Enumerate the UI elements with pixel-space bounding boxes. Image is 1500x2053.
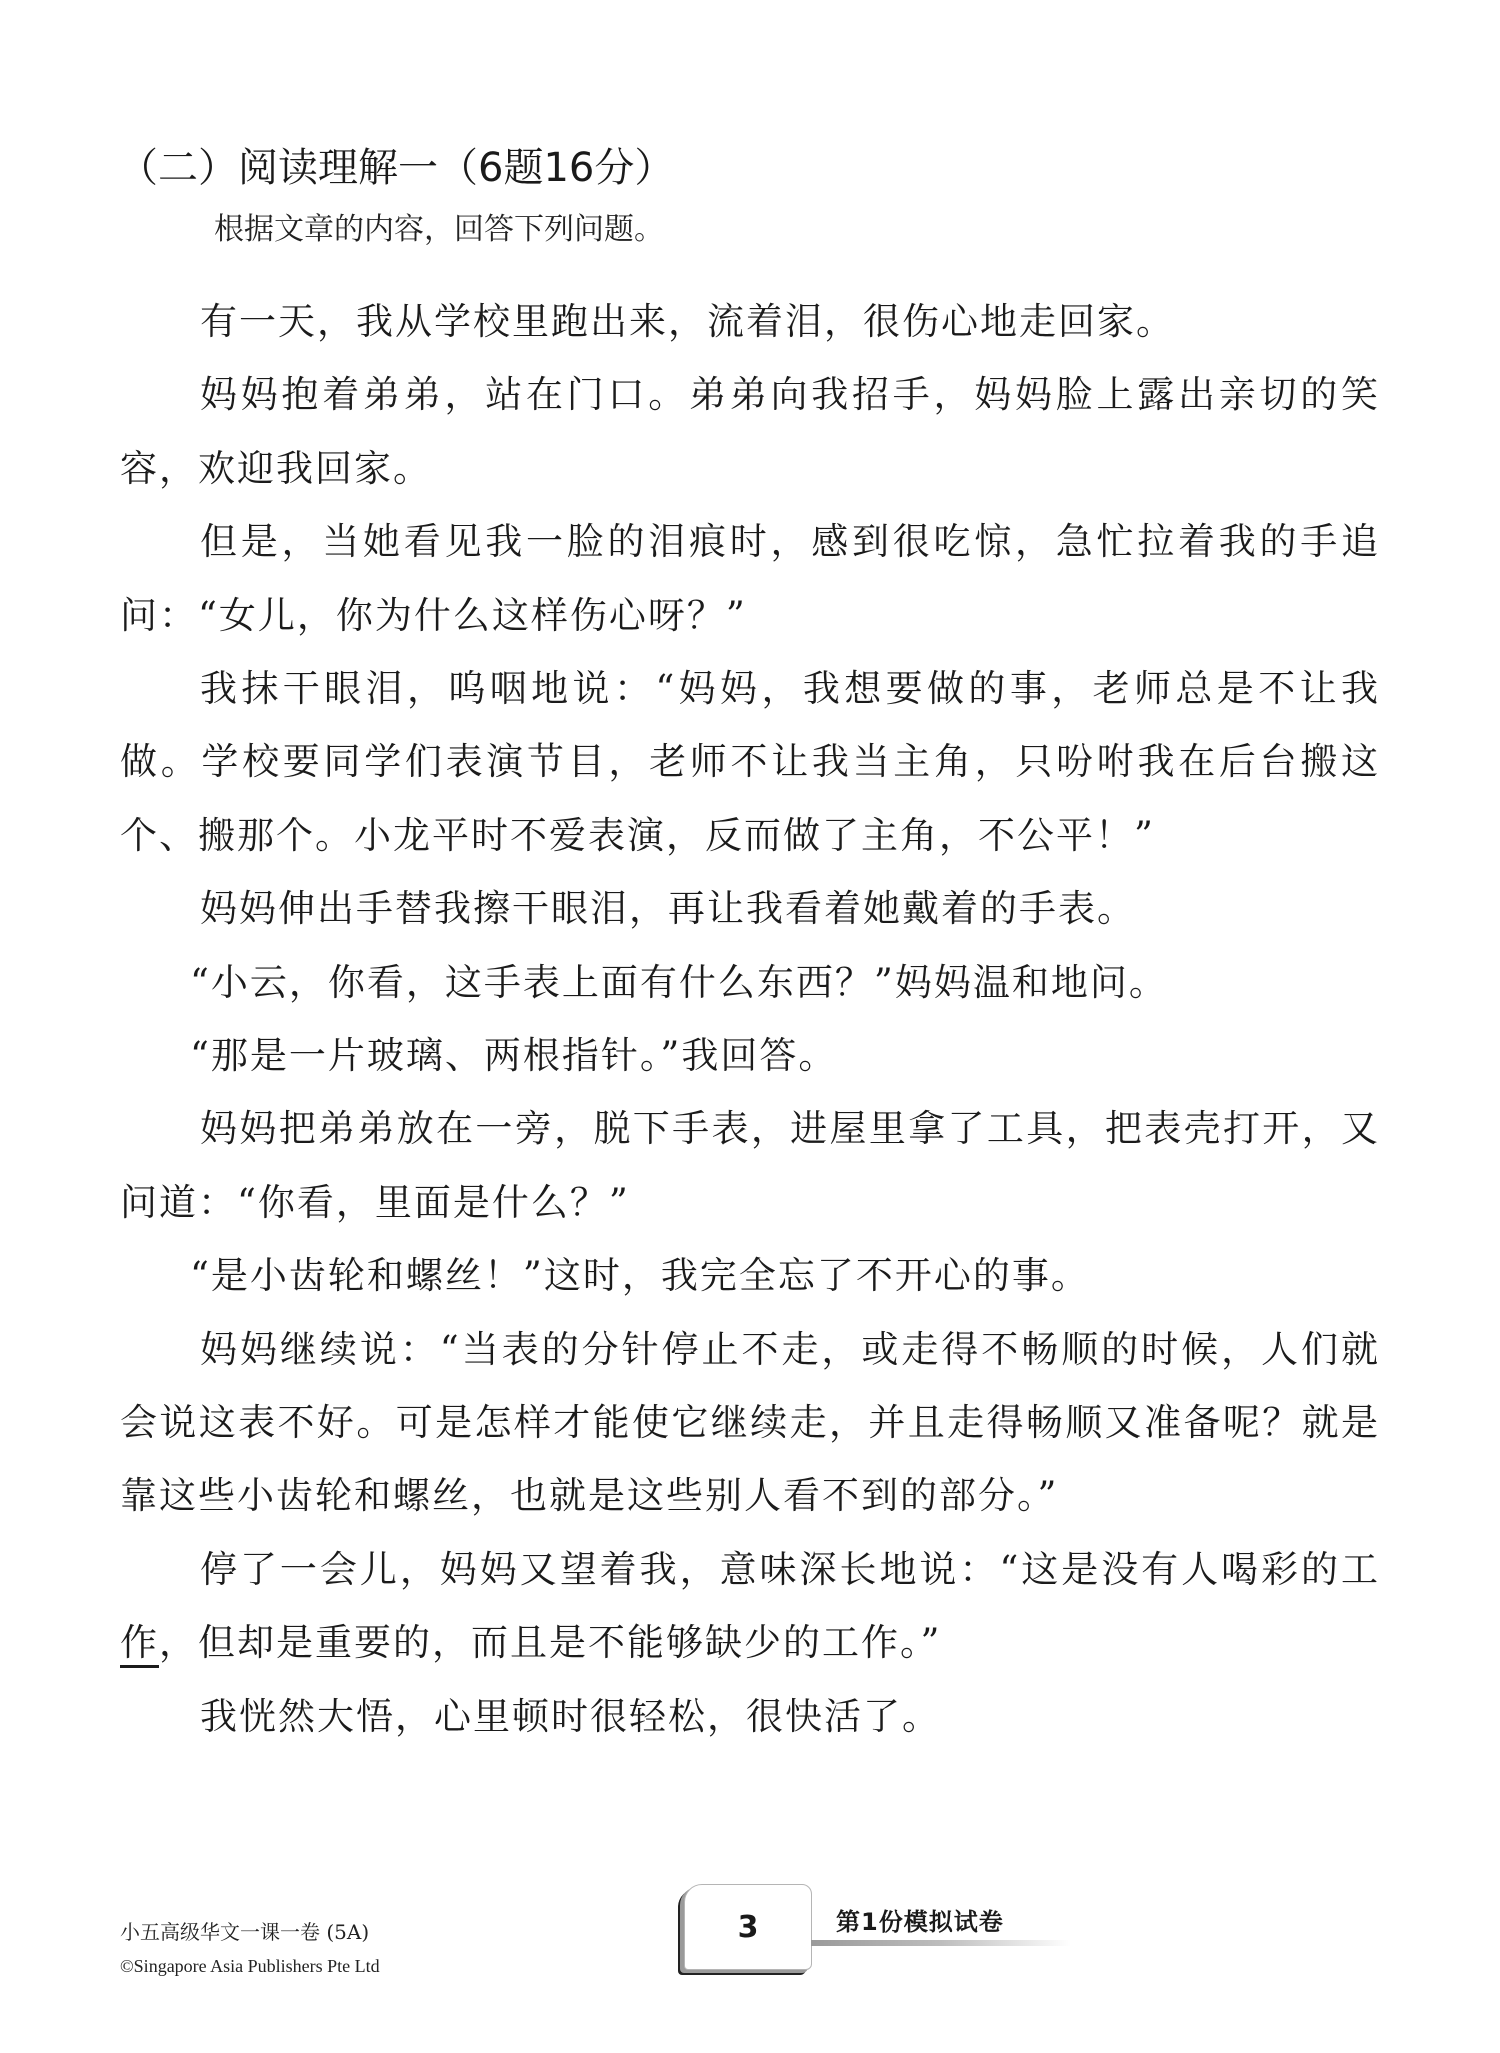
- passage-line: 问道：“你看，里面是什么？”: [120, 1181, 630, 1225]
- underlined-phrase: “这是没有人喝彩的工: [999, 1548, 1378, 1591]
- passage-text: ，但却是重要的，而且是不能够缺少的工作。”: [159, 1621, 941, 1664]
- exam-title: 第1份模拟试卷: [836, 1906, 1004, 1938]
- underlined-phrase: 作: [120, 1621, 159, 1664]
- passage-line: 容，欢迎我回家。: [120, 447, 432, 491]
- passage-line: “小云，你看，这手表上面有什么东西？”妈妈温和地问。: [190, 961, 1168, 1005]
- page-number: 3: [738, 1910, 759, 1945]
- passage-text: 停了一会儿，妈妈又望着我，意味深长地说：: [200, 1548, 999, 1591]
- passage-line: 我恍然大悟，心里顿时很轻松，很快活了。: [200, 1695, 941, 1739]
- passage-line: 有一天，我从学校里跑出来，流着泪，很伤心地走回家。: [200, 300, 1175, 344]
- passage-line: 靠这些小齿轮和螺丝，也就是这些别人看不到的部分。”: [120, 1474, 1058, 1518]
- instruction-text: 根据文章的内容，回答下列问题。: [214, 210, 664, 250]
- passage-line-underlined: 停了一会儿，妈妈又望着我，意味深长地说：“这是没有人喝彩的工: [200, 1548, 1378, 1592]
- passage-line: 妈妈继续说：“当表的分针停止不走，或走得不畅顺的时候，人们就: [200, 1328, 1378, 1372]
- passage-line: 做。学校要同学们表演节目，老师不让我当主角，只吩咐我在后台搬这: [120, 740, 1378, 784]
- footer-book-title: 小五高级华文一课一卷 (5A): [120, 1918, 369, 1946]
- passage-line: 妈妈抱着弟弟，站在门口。弟弟向我招手，妈妈脸上露出亲切的笑: [200, 373, 1378, 417]
- footer-copyright: ©Singapore Asia Publishers Pte Ltd: [120, 1954, 380, 1978]
- page-number-badge: 3: [684, 1884, 812, 1970]
- passage-line: 个、搬那个。小龙平时不爱表演，反而做了主角，不公平！”: [120, 814, 1155, 858]
- footer-divider-bar: [811, 1940, 1071, 1946]
- passage-line: 妈妈把弟弟放在一旁，脱下手表，进屋里拿了工具，把表壳打开，又: [200, 1107, 1378, 1151]
- passage-line: 问：“女儿，你为什么这样伤心呀？”: [120, 594, 747, 638]
- passage-line: 但是，当她看见我一脸的泪痕时，感到很吃惊，急忙拉着我的手追: [200, 520, 1378, 564]
- passage-line-underlined: 作，但却是重要的，而且是不能够缺少的工作。”: [120, 1621, 941, 1665]
- passage-line: 会说这表不好。可是怎样才能使它继续走，并且走得畅顺又准备呢？就是: [120, 1401, 1378, 1445]
- section-title: （二）阅读理解一（6题16分）: [118, 144, 674, 192]
- passage-line: “是小齿轮和螺丝！”这时，我完全忘了不开心的事。: [190, 1254, 1090, 1298]
- passage-line: 妈妈伸出手替我擦干眼泪，再让我看着她戴着的手表。: [200, 887, 1136, 931]
- passage-line: 我抹干眼泪，呜咽地说：“妈妈，我想要做的事，老师总是不让我: [200, 667, 1378, 711]
- passage-line: “那是一片玻璃、两根指针。”我回答。: [190, 1034, 837, 1078]
